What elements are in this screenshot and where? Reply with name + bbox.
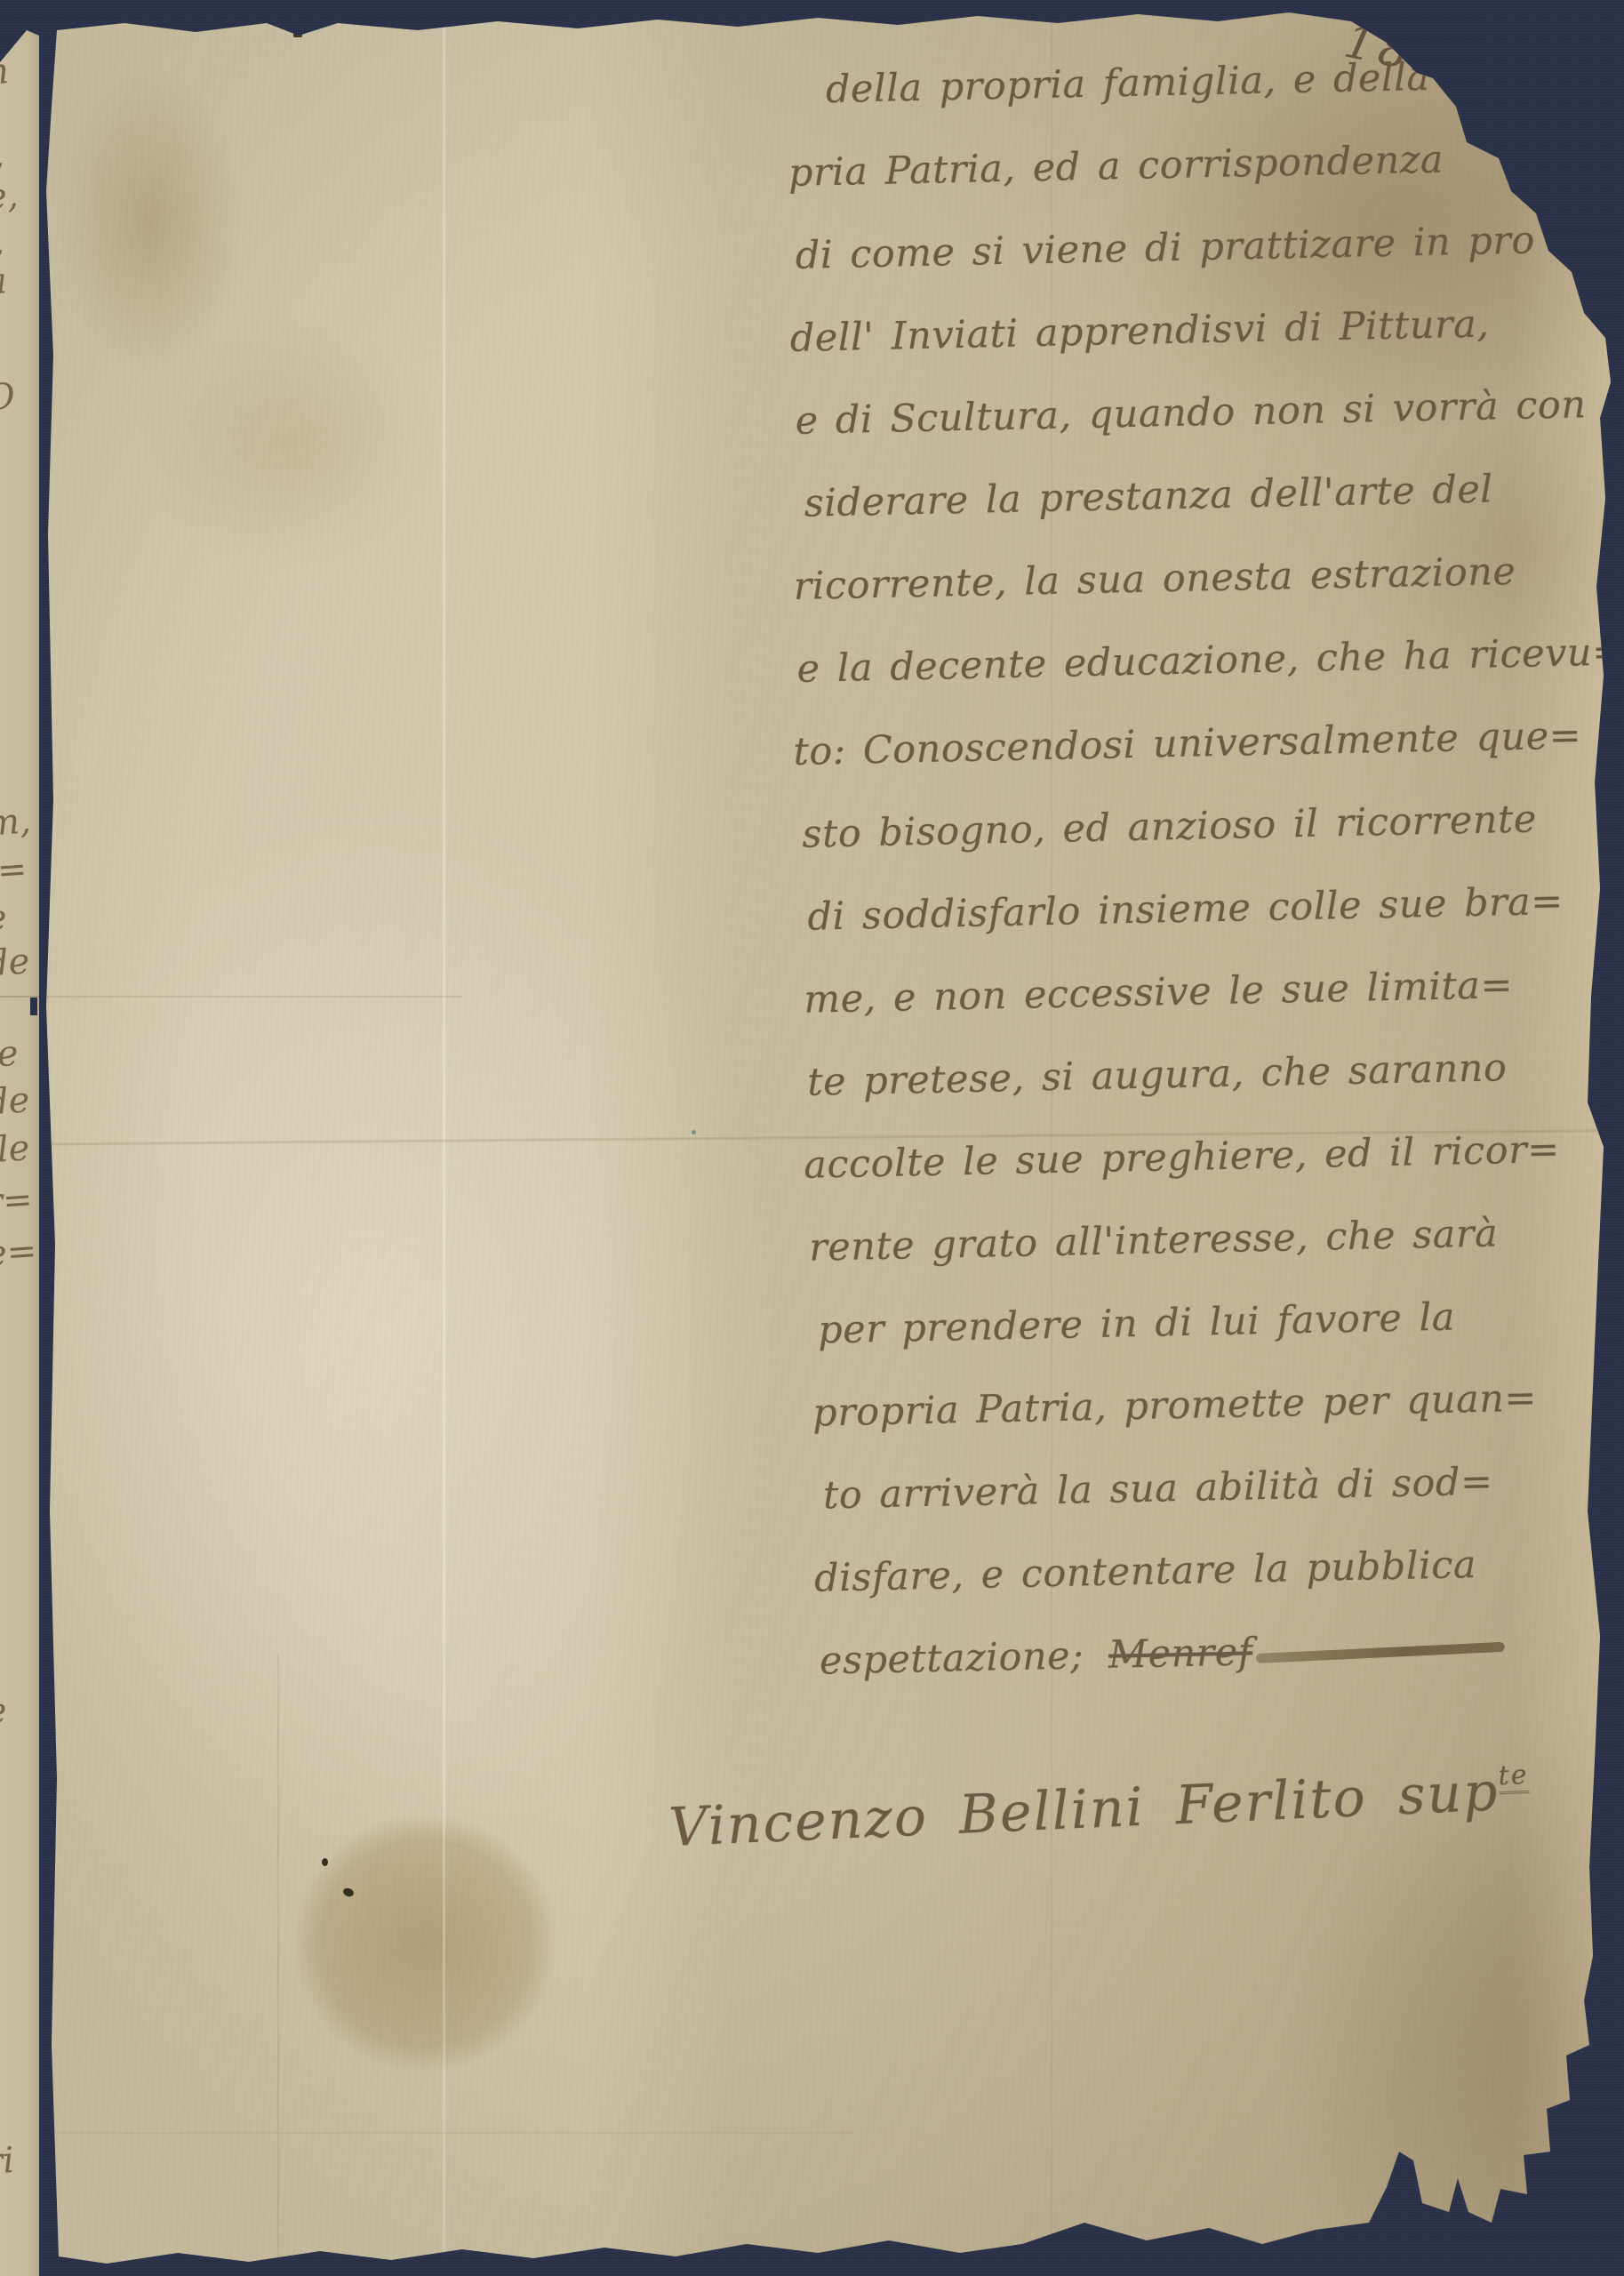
ink-speck — [692, 1130, 696, 1134]
manuscript-line: espettazione;Menref — [819, 1603, 1624, 1703]
strike-mark — [1256, 1641, 1505, 1663]
signature-name: Vincenzo Bellini Ferlito sup — [668, 1760, 1500, 1859]
neighbor-text-fragment: m, — [0, 800, 32, 844]
neighbor-text-fragment: e= — [0, 1230, 38, 1275]
neighbor-text-fragment: le — [0, 1033, 20, 1076]
signature: Vincenzo Bellini Ferlito supte — [668, 1759, 1531, 1859]
neighbor-text-fragment: ( — [0, 1511, 1, 1553]
manuscript-line: propria Patria, promette per quan= — [812, 1355, 1624, 1455]
ink-speck — [342, 1887, 355, 1898]
neighbor-text-fragment: e — [0, 897, 8, 940]
neighbor-page-edge: n„e,„a(Om,l=edeledeiler=e=(e,ri — [0, 0, 39, 2276]
struck-word: Menref — [1108, 1630, 1252, 1677]
neighbor-text-fragment: de — [0, 1079, 31, 1123]
neighbor-text-fragment: e, — [0, 175, 20, 218]
neighbor-text-fragment: O — [0, 376, 16, 419]
manuscript-line: di come si viene di prattizare in pro — [795, 197, 1622, 297]
neighbor-text-fragment: ile — [0, 1127, 31, 1171]
ink-speck — [322, 1858, 328, 1866]
neighbor-text-fragment: e — [0, 1690, 8, 1733]
manuscript-page: 189 della propria famiglia, e della prop… — [0, 0, 1624, 2276]
vertical-fold-crease — [443, 0, 445, 2276]
horizontal-crease — [53, 2132, 853, 2134]
text-column: della propria famiglia, e della propria … — [786, 32, 1624, 1703]
neighbor-text-fragment: ( — [0, 301, 1, 342]
signature-superscript: te — [1498, 1759, 1529, 1794]
neighbor-text-fragment: l= — [0, 848, 28, 892]
manuscript-line: e di Scultura, quando non si vorrà con — [795, 363, 1624, 463]
neighbor-text-fragment: de — [0, 941, 31, 984]
neighbor-text-fragment: ri — [0, 2140, 15, 2183]
neighbor-text-fragment: „ — [0, 221, 5, 263]
horizontal-crease — [0, 996, 462, 998]
vertical-crease — [277, 1654, 279, 2276]
page-gap-notch — [30, 998, 37, 1015]
neighbor-text-fragment: „ — [0, 134, 5, 176]
neighbor-text-fragment: a — [0, 260, 8, 303]
manuscript-line: accolte le sue preghiere, ed il ricor= — [803, 1107, 1624, 1207]
neighbor-text-fragment: r= — [0, 1179, 34, 1223]
